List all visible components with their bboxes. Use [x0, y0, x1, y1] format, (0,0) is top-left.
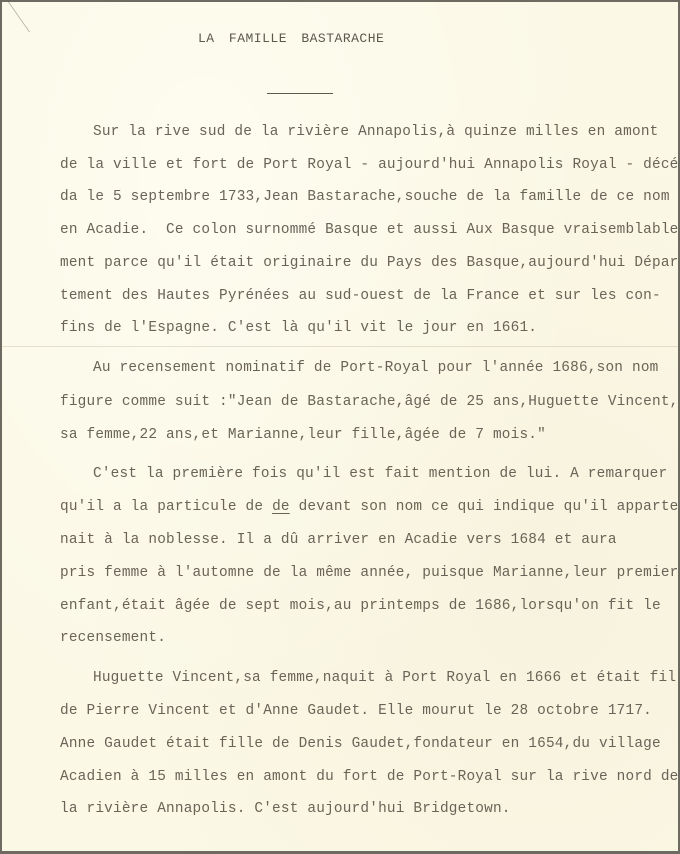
paragraph-4-line-1: Huguette Vincent,sa femme,naquit à Port … — [93, 670, 678, 686]
title-underline-rule — [267, 93, 333, 94]
paragraph-4-line-5: la rivière Annapolis. C'est aujourd'hui … — [60, 801, 511, 817]
document-title: LA FAMILLE BASTARACHE — [198, 31, 384, 46]
line-start-text: qu'il a la particule de — [60, 499, 272, 515]
paragraph-1-line-2: de la ville et fort de Port Royal - aujo… — [60, 157, 678, 173]
paragraph-1-line-4: en Acadie. Ce colon surnommé Basque et a… — [60, 222, 678, 238]
document-page: LA FAMILLE BASTARACHE Sur la rive sud de… — [2, 2, 678, 851]
paragraph-3-line-5: enfant,était âgée de sept mois,au printe… — [60, 598, 661, 614]
paragraph-3-line-6: recensement. — [60, 630, 166, 646]
underlined-particle: de — [272, 499, 290, 515]
paragraph-3-line-4: pris femme à l'automne de la même année,… — [60, 565, 678, 581]
paragraph-4-line-2: de Pierre Vincent et d'Anne Gaudet. Elle… — [60, 703, 652, 719]
paragraph-3-line-3: nait à la noblesse. Il a dû arriver en A… — [60, 532, 617, 548]
paragraph-1-line-6: tement des Hautes Pyrénées au sud-ouest … — [60, 288, 661, 304]
corner-pencil-mark — [8, 2, 56, 32]
paper-fold-line — [2, 346, 678, 347]
paragraph-1-line-3: da le 5 septembre 1733,Jean Bastarache,s… — [60, 189, 670, 205]
paragraph-3-line-2: qu'il a la particule de de devant son no… — [60, 499, 678, 515]
paragraph-1-line-1: Sur la rive sud de la rivière Annapolis,… — [93, 124, 659, 140]
paragraph-3-line-1: C'est la première fois qu'il est fait me… — [93, 466, 667, 482]
paragraph-2-line-1: Au recensement nominatif de Port-Royal p… — [93, 360, 659, 376]
paragraph-1-line-7: fins de l'Espagne. C'est là qu'il vit le… — [60, 320, 537, 336]
paragraph-2-line-3: sa femme,22 ans,et Marianne,leur fille,â… — [60, 427, 546, 443]
paragraph-4-line-4: Acadien à 15 milles en amont du fort de … — [60, 769, 678, 785]
paragraph-1-line-5: ment parce qu'il était originaire du Pay… — [60, 255, 678, 271]
line-tail-text: devant son nom ce qui indique qu'il appa… — [290, 499, 678, 515]
paragraph-2-line-2: figure comme suit :"Jean de Bastarache,â… — [60, 394, 678, 410]
paragraph-4-line-3: Anne Gaudet était fille de Denis Gaudet,… — [60, 736, 661, 752]
